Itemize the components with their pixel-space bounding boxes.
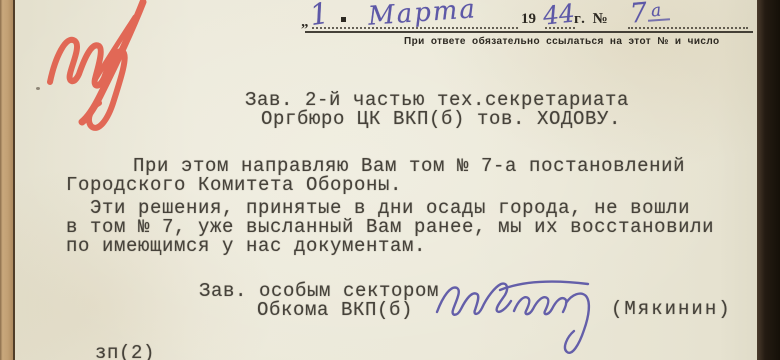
typed-open-quote: „	[301, 14, 309, 31]
page-binding-edge	[0, 0, 15, 360]
document-scan: „ 1 Марта 19 44 г. № 7 а При ответе обяз…	[0, 0, 780, 360]
signature-name-paren: (Мякинин)	[611, 300, 732, 319]
form-dotted-line	[628, 27, 748, 29]
printed-year-suffix-and-number-sign: г. №	[574, 11, 610, 28]
signature-title-line-2: Обкома ВКП(б)	[257, 301, 413, 320]
footer-note: зп(2)	[95, 344, 155, 360]
form-dotted-line	[545, 27, 575, 29]
handwritten-year: 44	[542, 0, 577, 31]
printed-year-prefix: 19	[521, 11, 536, 28]
form-dotted-line	[312, 27, 518, 29]
handwritten-underline	[648, 18, 670, 22]
body-line: по имеющимся у нас документам.	[66, 237, 426, 256]
form-note: При ответе обязательно ссылаться на этот…	[404, 36, 720, 47]
body-line: Городского Комитета Обороны.	[66, 176, 402, 195]
paper-speck	[36, 87, 40, 90]
typed-separator-dot	[341, 17, 346, 22]
address-line-2: Оргбюро ЦК ВКП(б) тов. ХОДОВУ.	[261, 110, 621, 129]
form-rule	[305, 31, 753, 33]
handwritten-doc-number: 7	[629, 0, 649, 30]
scan-background-edge	[757, 0, 780, 360]
